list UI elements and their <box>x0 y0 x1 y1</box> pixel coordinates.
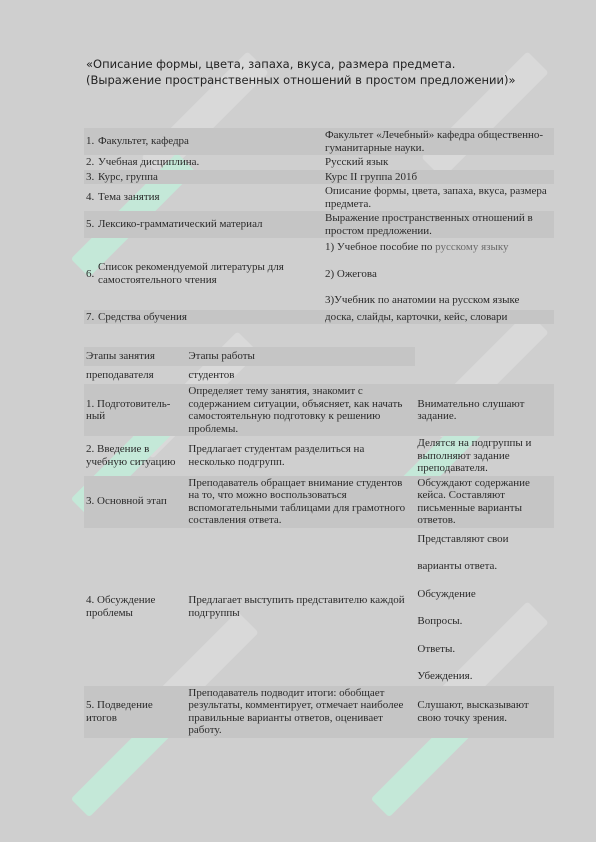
row-value: Описание формы, цвета, запаха, вкуса, ра… <box>323 184 554 211</box>
students-line: Вопросы. <box>417 615 552 643</box>
literature-item: 2) Ожегова <box>325 256 552 293</box>
students-cell: Слушают, высказывают свою точку зрения. <box>415 686 554 738</box>
lesson-info-table: 1. Факультет, кафедра Факультет «Лечебны… <box>84 128 554 324</box>
row-value: Русский язык <box>323 155 554 170</box>
students-cell: Представляют свои варианты ответа. Обсуж… <box>415 528 554 686</box>
students-cell: Обсуждают содержание кейса. Составляют п… <box>415 476 554 528</box>
row-label: Список рекомендуемой литературы для само… <box>96 238 323 310</box>
stage-cell: 4. Обсуждение проблемы <box>84 528 186 686</box>
teacher-cell: Преподаватель обращает внимание студенто… <box>186 476 415 528</box>
table-row: 5. Подведение итогов Преподаватель подво… <box>84 686 554 738</box>
teacher-cell: Предлагает студентам разделиться на неск… <box>186 436 415 476</box>
table-row: 2. Учебная дисциплина. Русский язык <box>84 155 554 170</box>
table-row: 6. Список рекомендуемой литературы для с… <box>84 238 554 310</box>
stage-cell: 2. Введение в учебную ситуацию <box>84 436 186 476</box>
students-line: варианты ответа. <box>417 560 552 588</box>
row-number: 3. <box>84 170 96 185</box>
row-number: 5. <box>84 211 96 238</box>
row-value: доска, слайды, карточки, кейс, словари <box>323 310 554 325</box>
row-value: Выражение пространственных отношений в п… <box>323 211 554 238</box>
teacher-cell: Предлагает выступить представителю каждо… <box>186 528 415 686</box>
row-number: 7. <box>84 310 96 325</box>
header-cell: Этапы занятия <box>84 347 186 366</box>
literature-item: 1) Учебное пособие по русскому языку <box>325 239 552 256</box>
table-row: 4. Тема занятия Описание формы, цвета, з… <box>84 184 554 211</box>
table-row: 1. Факультет, кафедра Факультет «Лечебны… <box>84 128 554 155</box>
table-row: 5. Лексико-грамматический материал Выраж… <box>84 211 554 238</box>
header-cell: студентов <box>186 366 415 385</box>
row-label: Лексико-грамматический материал <box>96 211 323 238</box>
row-number: 1. <box>84 128 96 155</box>
stage-cell: 3. Основной этап <box>84 476 186 528</box>
lesson-stages-table: Этапы занятия Этапы работы преподавателя… <box>84 347 554 738</box>
table-row: 1. Подготовитель-ный Определяет тему зан… <box>84 384 554 436</box>
students-line: Убеждения. <box>417 670 552 685</box>
row-value: Факультет «Лечебный» кафедра общественно… <box>323 128 554 155</box>
row-label: Средства обучения <box>96 310 323 325</box>
row-number: 6. <box>84 238 96 310</box>
document-title: «Описание формы, цвета, запаха, вкуса, р… <box>86 56 526 88</box>
table-row: 2. Введение в учебную ситуацию Предлагае… <box>84 436 554 476</box>
table-header-row: преподавателя студентов <box>84 366 554 385</box>
literature-list: 1) Учебное пособие по русскому языку 2) … <box>323 238 554 310</box>
header-cell: Этапы работы <box>186 347 415 366</box>
row-value: Курс II группа 201б <box>323 170 554 185</box>
table-row: 7. Средства обучения доска, слайды, карт… <box>84 310 554 325</box>
row-label: Факультет, кафедра <box>96 128 323 155</box>
header-cell: преподавателя <box>84 366 186 385</box>
table-row: 4. Обсуждение проблемы Предлагает выступ… <box>84 528 554 686</box>
stage-cell: 5. Подведение итогов <box>84 686 186 738</box>
row-label: Учебная дисциплина. <box>96 155 323 170</box>
literature-item: 3)Учебник по анатомии на русском языке <box>325 292 552 309</box>
stage-cell: 1. Подготовитель-ный <box>84 384 186 436</box>
teacher-cell: Преподаватель подводит итоги: обобщает р… <box>186 686 415 738</box>
row-number: 4. <box>84 184 96 211</box>
row-label: Курс, группа <box>96 170 323 185</box>
students-cell: Делятся на подгруппы и выполняют задание… <box>415 436 554 476</box>
students-line: Представляют свои <box>417 529 552 561</box>
row-number: 2. <box>84 155 96 170</box>
table-header-row: Этапы занятия Этапы работы <box>84 347 554 366</box>
row-label: Тема занятия <box>96 184 323 211</box>
table-row: 3. Курс, группа Курс II группа 201б <box>84 170 554 185</box>
students-line: Обсуждение <box>417 588 552 616</box>
students-line: Ответы. <box>417 643 552 671</box>
students-cell: Внимательно слушают задание. <box>415 384 554 436</box>
table-row: 3. Основной этап Преподаватель обращает … <box>84 476 554 528</box>
teacher-cell: Определяет тему занятия, знакомит с соде… <box>186 384 415 436</box>
